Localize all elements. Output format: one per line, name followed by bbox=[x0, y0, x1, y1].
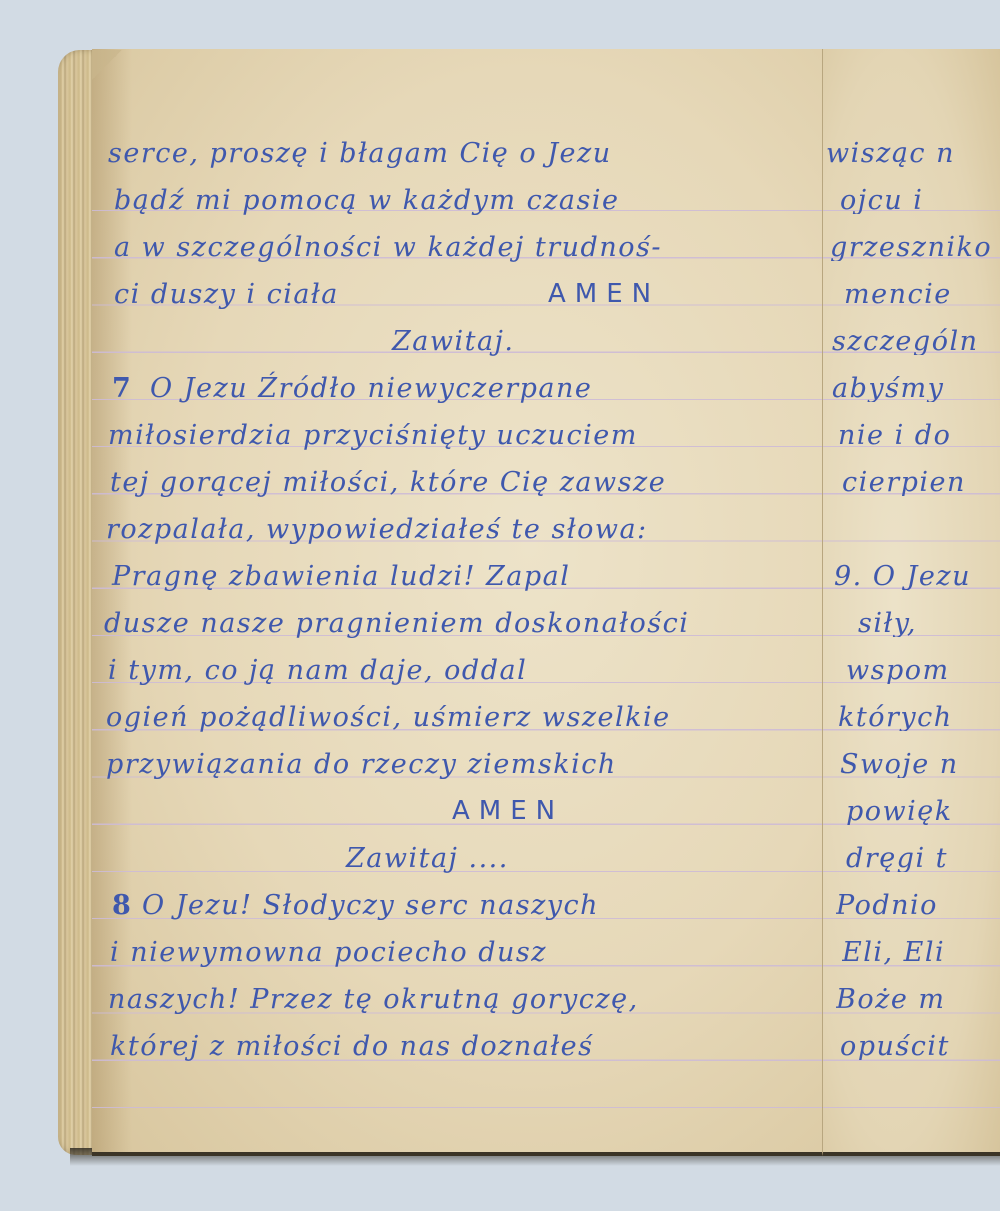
right-page-line: cierpien bbox=[842, 469, 966, 496]
right-page-line: siły, bbox=[858, 610, 917, 637]
left-page-line: ci duszy i ciała bbox=[114, 281, 339, 308]
left-page-line: rozpalała, wypowiedziałeś te słowa: bbox=[106, 516, 648, 543]
left-page-line: 7 bbox=[112, 375, 132, 402]
right-page-line: dręgi t bbox=[846, 845, 948, 872]
left-page-line: serce, proszę i błagam Cię o Jezu bbox=[108, 140, 612, 167]
right-page-line: nie i do bbox=[838, 422, 951, 449]
left-page-line: O Jezu Źródło niewyczerpane bbox=[150, 375, 592, 402]
left-page-line: 8 bbox=[112, 892, 132, 919]
right-page-line: wisząc n bbox=[826, 140, 955, 167]
right-page-line: szczególn bbox=[832, 328, 978, 355]
right-page-line: grzeszniko bbox=[830, 234, 992, 261]
left-page-line: Zawitaj. bbox=[392, 328, 515, 355]
right-page-line: 9. O Jezu bbox=[834, 563, 971, 590]
right-page-line: Boże m bbox=[836, 986, 946, 1013]
right-page-line: Swoje n bbox=[840, 751, 959, 778]
left-page-line: i niewymowna pociecho dusz bbox=[110, 939, 547, 966]
left-page-line: przywiązania do rzeczy ziemskich bbox=[106, 751, 617, 778]
left-page-line: AMEN bbox=[548, 281, 660, 307]
ruled-lines bbox=[823, 164, 1000, 1124]
left-page-line: AMEN bbox=[452, 798, 564, 824]
right-page-line: powięk bbox=[846, 798, 953, 825]
left-page-line: bądź mi pomocą w każdym czasie bbox=[114, 187, 620, 214]
left-page-line: naszych! Przez tę okrutną goryczę, bbox=[108, 986, 639, 1013]
right-page-line: opuścit bbox=[840, 1033, 950, 1060]
left-page-line: O Jezu! Słodyczy serc naszych bbox=[142, 892, 599, 919]
left-page-line: Zawitaj .... bbox=[346, 845, 509, 872]
right-page-line: mencie bbox=[844, 281, 952, 308]
left-page-line: tej gorącej miłości, które Cię zawsze bbox=[110, 469, 666, 496]
right-page-line: Podnio bbox=[836, 892, 938, 919]
right-page-line: abyśmy bbox=[832, 375, 944, 402]
left-page-line: miłosierdzia przyciśnięty uczuciem bbox=[108, 422, 638, 449]
right-page-line: Eli, Eli bbox=[842, 939, 945, 966]
right-page-line: których bbox=[838, 704, 953, 731]
dog-eared-corner bbox=[92, 50, 122, 80]
left-page-line: i tym, co ją nam daje, oddal bbox=[108, 657, 527, 684]
right-page-line: ojcu i bbox=[840, 187, 923, 214]
left-page-line: której z miłości do nas doznałeś bbox=[110, 1033, 593, 1060]
left-page-line: Pragnę zbawienia ludzi! Zapal bbox=[112, 563, 570, 590]
left-page-line: a w szczególności w każdej trudnoś- bbox=[114, 234, 662, 261]
left-page-line: dusze nasze pragnieniem doskonałości bbox=[104, 610, 689, 637]
left-page-line: ogień pożądliwości, uśmierz wszelkie bbox=[106, 704, 671, 731]
right-page-line: wspom bbox=[846, 657, 950, 684]
